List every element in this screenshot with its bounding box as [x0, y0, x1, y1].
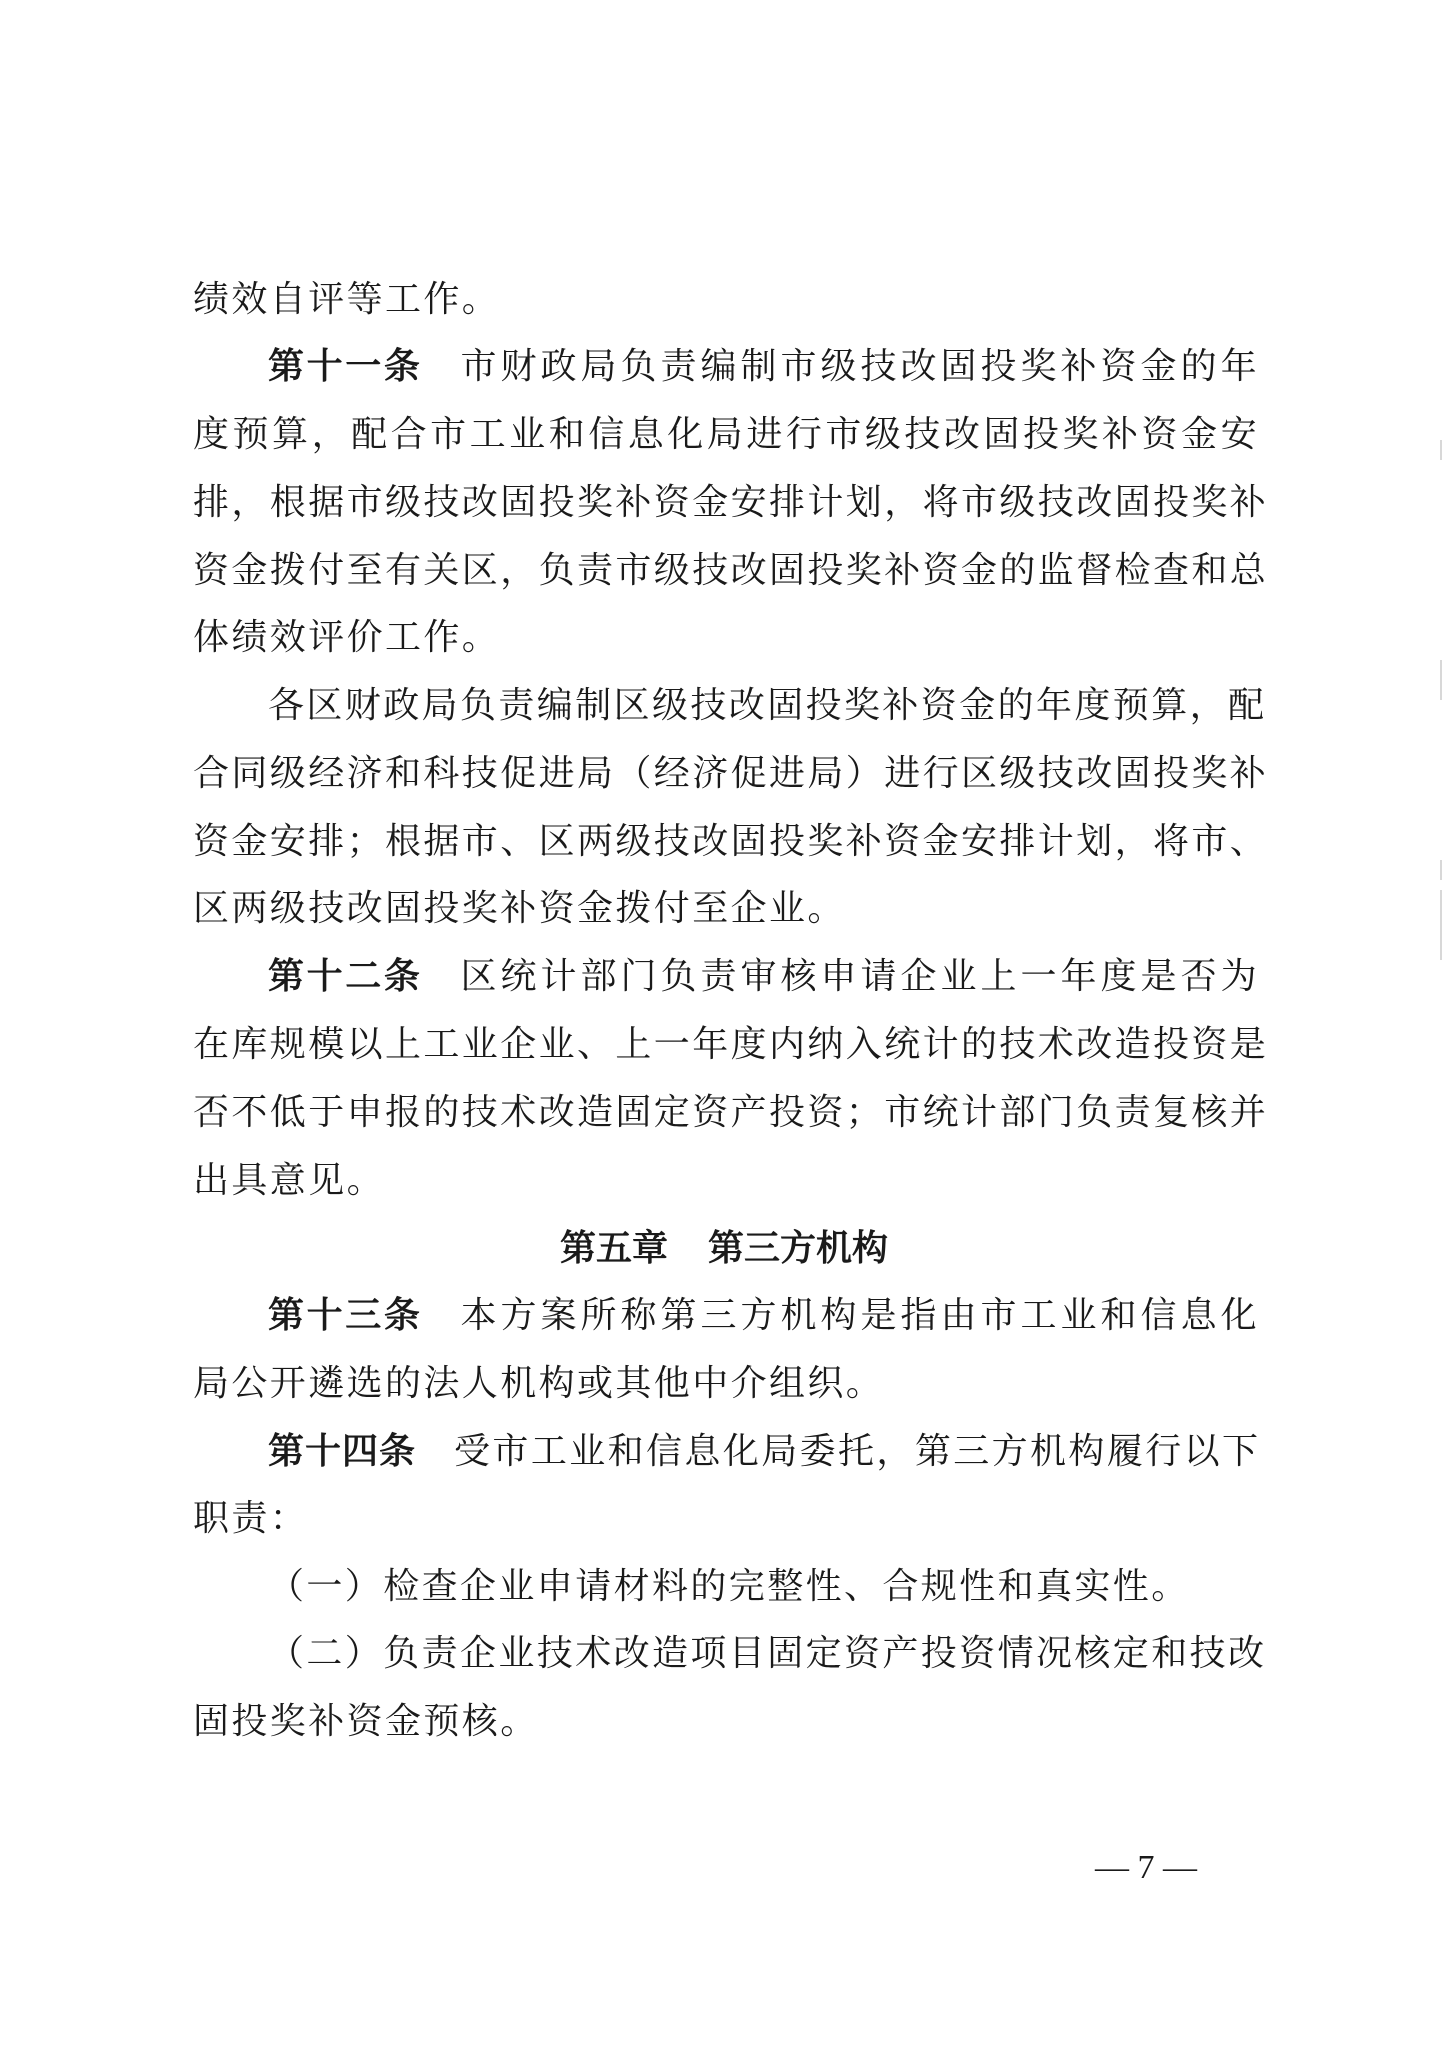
article-number: 第十三条: [268, 1295, 422, 1336]
paragraph-line: 在库规模以上工业企业、上一年度内纳入统计的技术改造投资是: [193, 1023, 1259, 1067]
paragraph-line: 合同级经济和科技促进局（经济促进局）进行区级技改固投奖补: [193, 752, 1259, 796]
paragraph-line: 出具意见。: [193, 1159, 1259, 1203]
page-number: — 7 —: [1095, 1848, 1197, 1888]
scan-edge-mark: [1440, 660, 1442, 700]
paragraph-line: 各区财政局负责编制区级技改固投奖补资金的年度预算，配: [268, 684, 1259, 728]
scan-edge-mark: [1440, 860, 1442, 880]
paragraph-line: 绩效自评等工作。: [193, 278, 1259, 322]
article-number: 第十四条: [268, 1431, 416, 1472]
scan-edge-mark: [1440, 890, 1442, 960]
article-13-line: 第十三条本方案所称第三方机构是指由市工业和信息化: [268, 1294, 1259, 1338]
document-page: 绩效自评等工作。 第十一条市财政局负责编制市级技改固投奖补资金的年 度预算，配合…: [0, 0, 1448, 2048]
paragraph-line: 职责：: [193, 1497, 1259, 1541]
article-11-line: 第十一条市财政局负责编制市级技改固投奖补资金的年: [268, 345, 1259, 389]
chapter-heading: 第五章第三方机构: [0, 1227, 1448, 1271]
paragraph-line: 局公开遴选的法人机构或其他中介组织。: [193, 1362, 1259, 1406]
article-14-line: 第十四条受市工业和信息化局委托，第三方机构履行以下: [268, 1430, 1259, 1474]
paragraph-line: 区两级技改固投奖补资金拨付至企业。: [193, 887, 1259, 931]
article-12-line: 第十二条区统计部门负责审核申请企业上一年度是否为: [268, 955, 1259, 999]
paragraph-line: 资金拨付至有关区，负责市级技改固投奖补资金的监督检查和总: [193, 549, 1259, 593]
paragraph-line: 度预算，配合市工业和信息化局进行市级技改固投奖补资金安: [193, 413, 1259, 457]
paragraph-line: 排，根据市级技改固投奖补资金安排计划，将市级技改固投奖补: [193, 481, 1259, 525]
paragraph-line: 体绩效评价工作。: [193, 616, 1259, 660]
paragraph-line: 固投奖补资金预核。: [193, 1700, 1259, 1744]
list-item: （一）检查企业申请材料的完整性、合规性和真实性。: [268, 1565, 1259, 1609]
article-number: 第十二条: [268, 956, 422, 997]
list-item: （二）负责企业技术改造项目固定资产投资情况核定和技改: [268, 1632, 1259, 1676]
article-number: 第十一条: [268, 346, 422, 387]
paragraph-line: 资金安排；根据市、区两级技改固投奖补资金安排计划，将市、: [193, 820, 1259, 864]
paragraph-line: 否不低于申报的技术改造固定资产投资；市统计部门负责复核并: [193, 1091, 1259, 1135]
scan-edge-mark: [1440, 440, 1442, 460]
